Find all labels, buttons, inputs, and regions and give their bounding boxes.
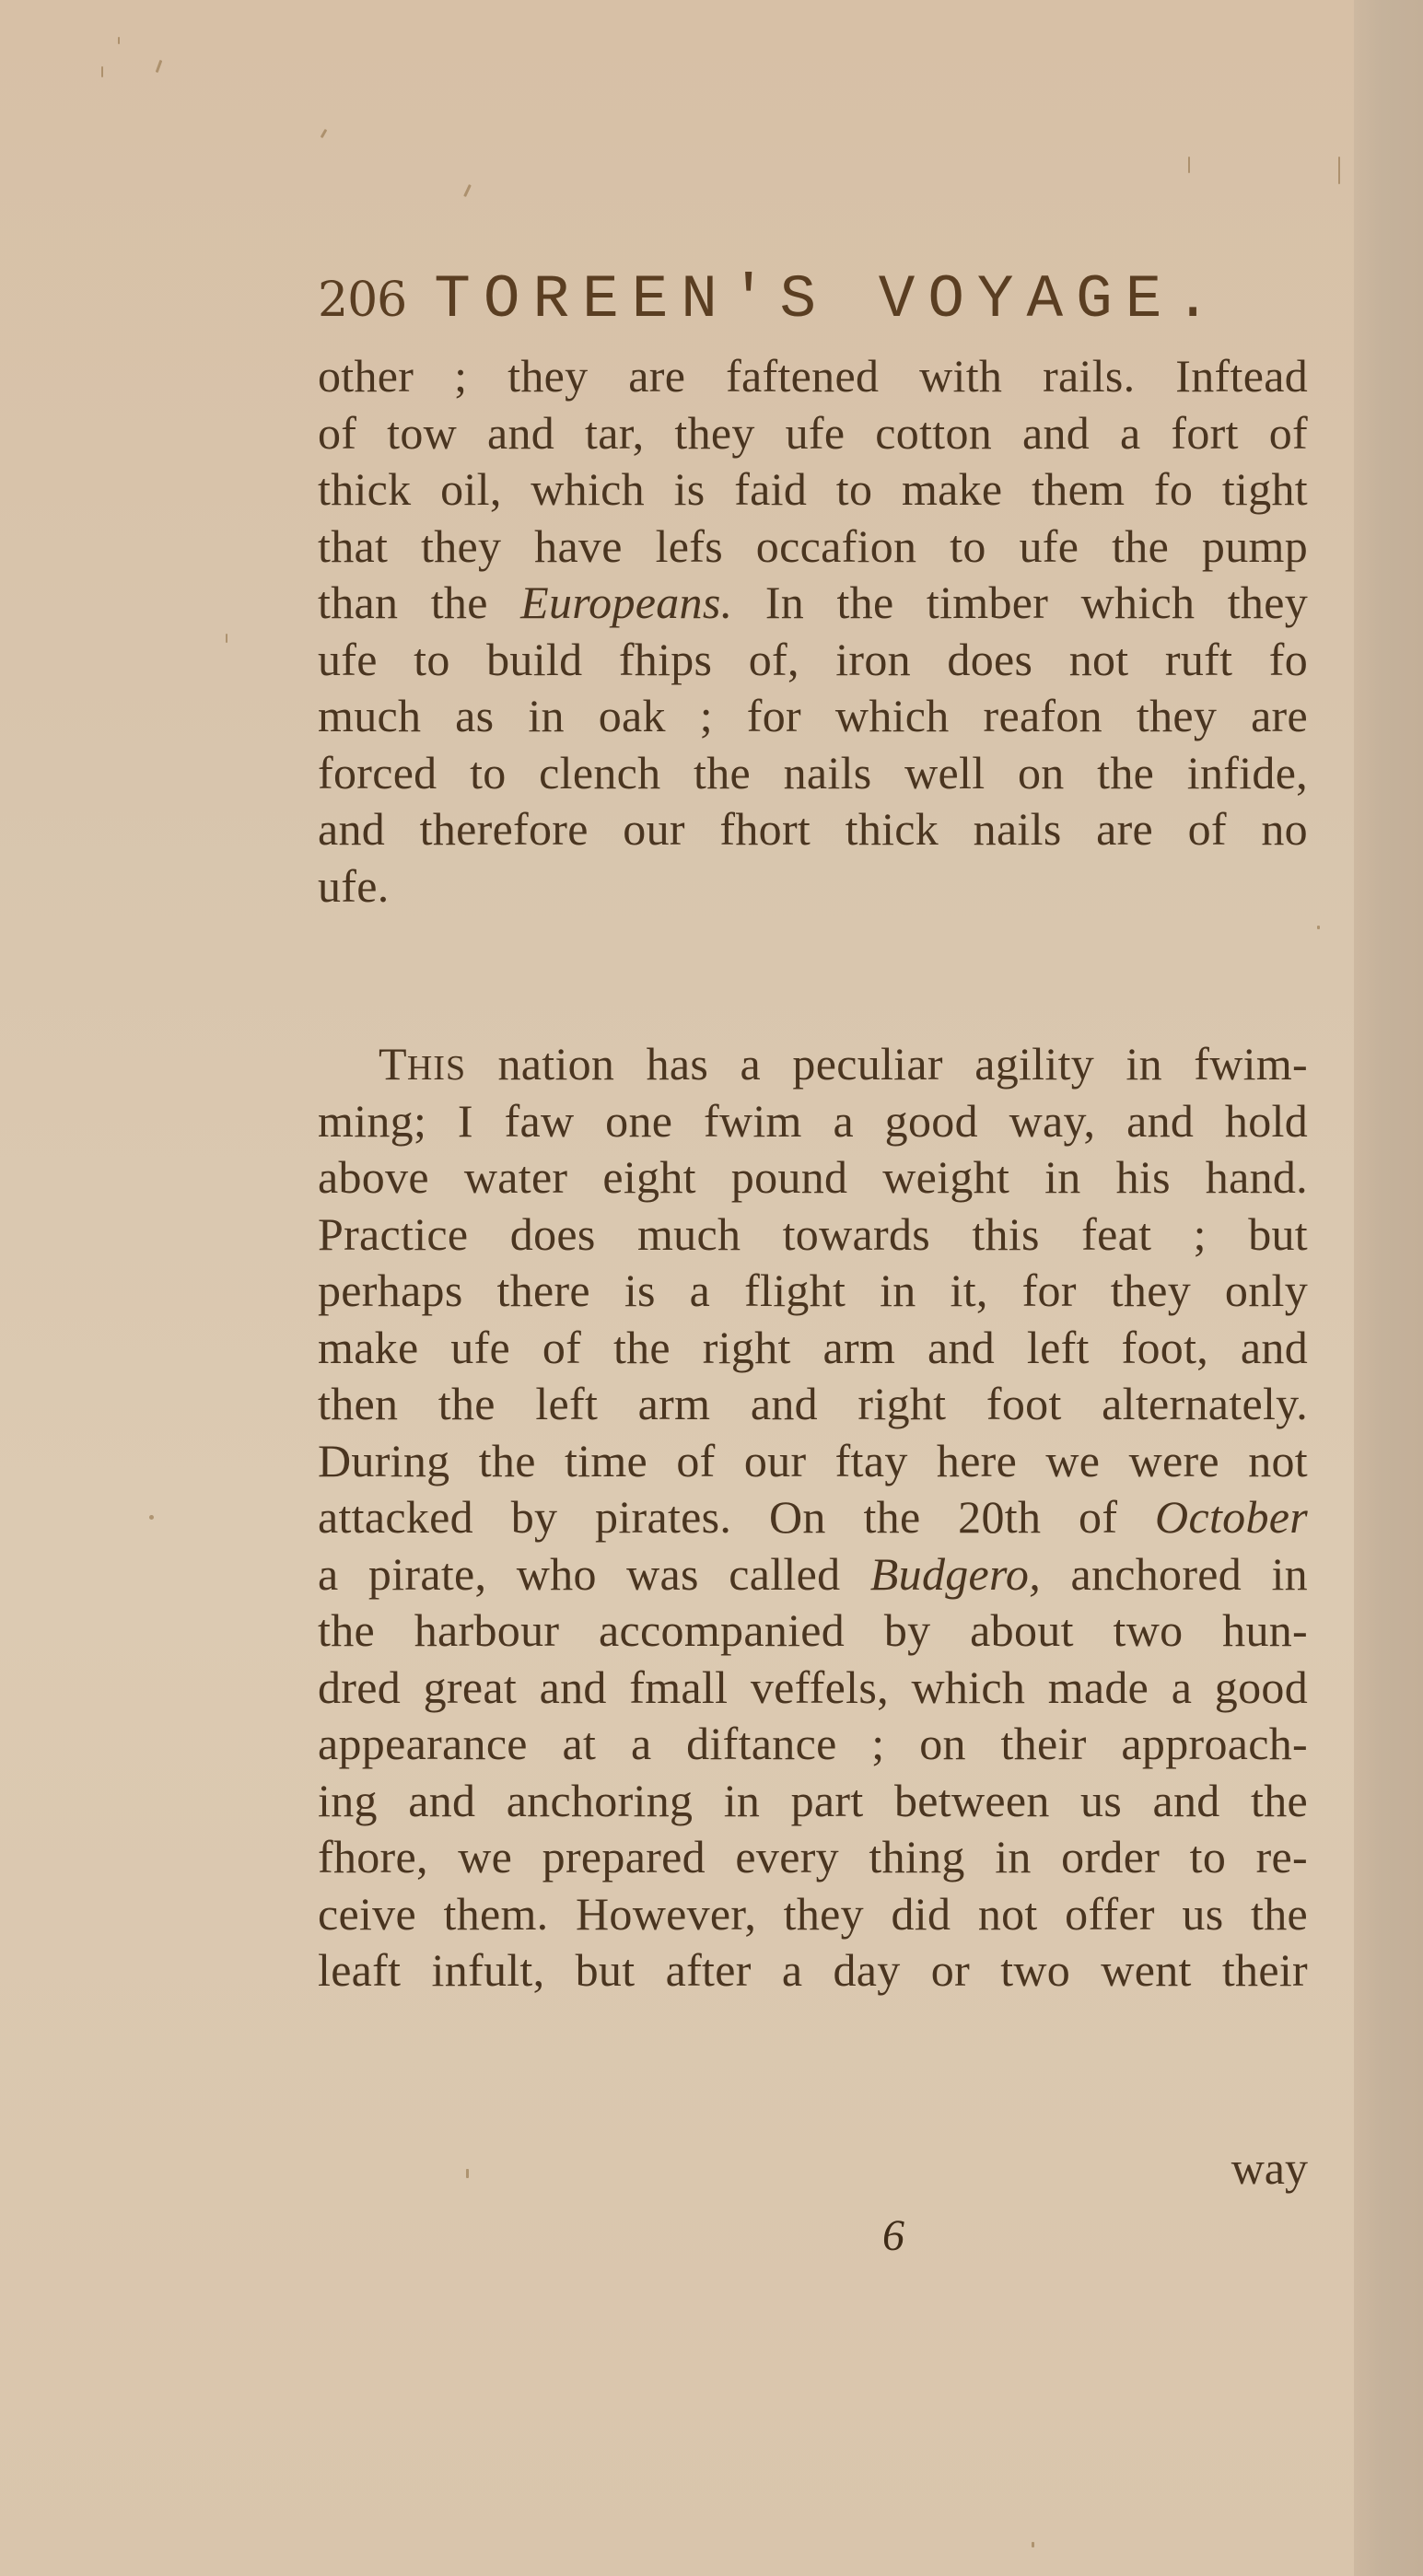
text-line: a pirate, who was called Budgero, anchor… (318, 1546, 1308, 1603)
paper-fleck (463, 184, 472, 197)
text-line: than the Europeans. In the timber which … (318, 575, 1308, 632)
text-span: a pirate, who was called (318, 1548, 870, 1600)
paper-fleck (149, 1515, 154, 1520)
paper-fleck (101, 66, 103, 77)
text-span: attacked by pirates. On the 20th of (318, 1491, 1155, 1543)
text-span: than the (318, 577, 520, 628)
paper-fleck (1317, 926, 1320, 929)
running-title: TOREEN'S VOYAGE. (434, 265, 1224, 334)
text-line: make ufe of the right arm and left foot,… (318, 1320, 1308, 1377)
text-line: THIS nation has a peculiar agility in fw… (318, 1036, 1308, 1093)
italic-term: Budgero, (870, 1548, 1041, 1600)
paper-fleck (1338, 157, 1340, 184)
text-line: ceive them. However, they did not offer … (318, 1886, 1308, 1943)
paper-fleck (156, 60, 163, 73)
paragraph-2: THIS nation has a peculiar agility in fw… (318, 1036, 1308, 1999)
text-span: nation has a peculiar agility in fwim- (466, 1038, 1308, 1090)
page-gutter-edge (1354, 0, 1423, 2576)
text-line: perhaps there is a flight in it, for the… (318, 1263, 1308, 1320)
text-line: forced to clench the nails well on the i… (318, 745, 1308, 802)
paper-fleck (118, 37, 120, 44)
paper-fleck (1032, 2542, 1034, 2547)
italic-term: Europeans. (520, 577, 732, 628)
paragraph-1: other ; they are faftened with rails. In… (318, 348, 1308, 915)
text-line: During the time of our ftay here we were… (318, 1433, 1308, 1490)
running-head: 206 TOREEN'S VOYAGE. (318, 265, 1331, 339)
text-line: dred great and fmall veffels, which made… (318, 1660, 1308, 1717)
paper-fleck (226, 634, 227, 643)
text-line: ufe. (318, 858, 1308, 915)
drop-word-cap: T (379, 1038, 407, 1090)
text-span: anchored in (1041, 1548, 1308, 1600)
text-line: other ; they are faftened with rails. In… (318, 348, 1308, 405)
text-line: Practice does much towards this feat ; b… (318, 1206, 1308, 1264)
paper-fleck (1188, 157, 1190, 173)
text-span: In the timber which they (732, 577, 1308, 628)
text-line: fhore, we prepared every thing in order … (318, 1829, 1308, 1886)
catchword: way (1142, 2141, 1308, 2195)
text-line: much as in oak ; for which reafon they a… (318, 688, 1308, 745)
text-line: of tow and tar, they ufe cotton and a fo… (318, 405, 1308, 462)
text-line: above water eight pound weight in his ha… (318, 1149, 1308, 1206)
text-line: ufe to build fhips of, iron does not ruf… (318, 632, 1308, 689)
italic-term: October (1155, 1491, 1308, 1543)
text-line: appearance at a diftance ; on their appr… (318, 1716, 1308, 1773)
text-line: the harbour accompanied by about two hun… (318, 1603, 1308, 1660)
page-number: 206 (318, 273, 406, 328)
text-line: attacked by pirates. On the 20th of Octo… (318, 1489, 1308, 1546)
text-line: then the left arm and right foot alterna… (318, 1376, 1308, 1433)
text-line: that they have lefs occafion to ufe the … (318, 519, 1308, 576)
signature-mark: 6 (866, 2210, 921, 2261)
text-line: ming; I faw one fwim a good way, and hol… (318, 1093, 1308, 1150)
text-line: ing and anchoring in part between us and… (318, 1773, 1308, 1830)
paper-fleck (321, 129, 328, 138)
text-line: thick oil, which is faid to make them fo… (318, 461, 1308, 519)
drop-word-smallcaps: HIS (407, 1049, 466, 1088)
text-line: leaft infult, but after a day or two wen… (318, 1942, 1308, 1999)
text-line: and therefore our fhort thick nails are … (318, 801, 1308, 858)
paper-fleck (466, 2169, 469, 2178)
